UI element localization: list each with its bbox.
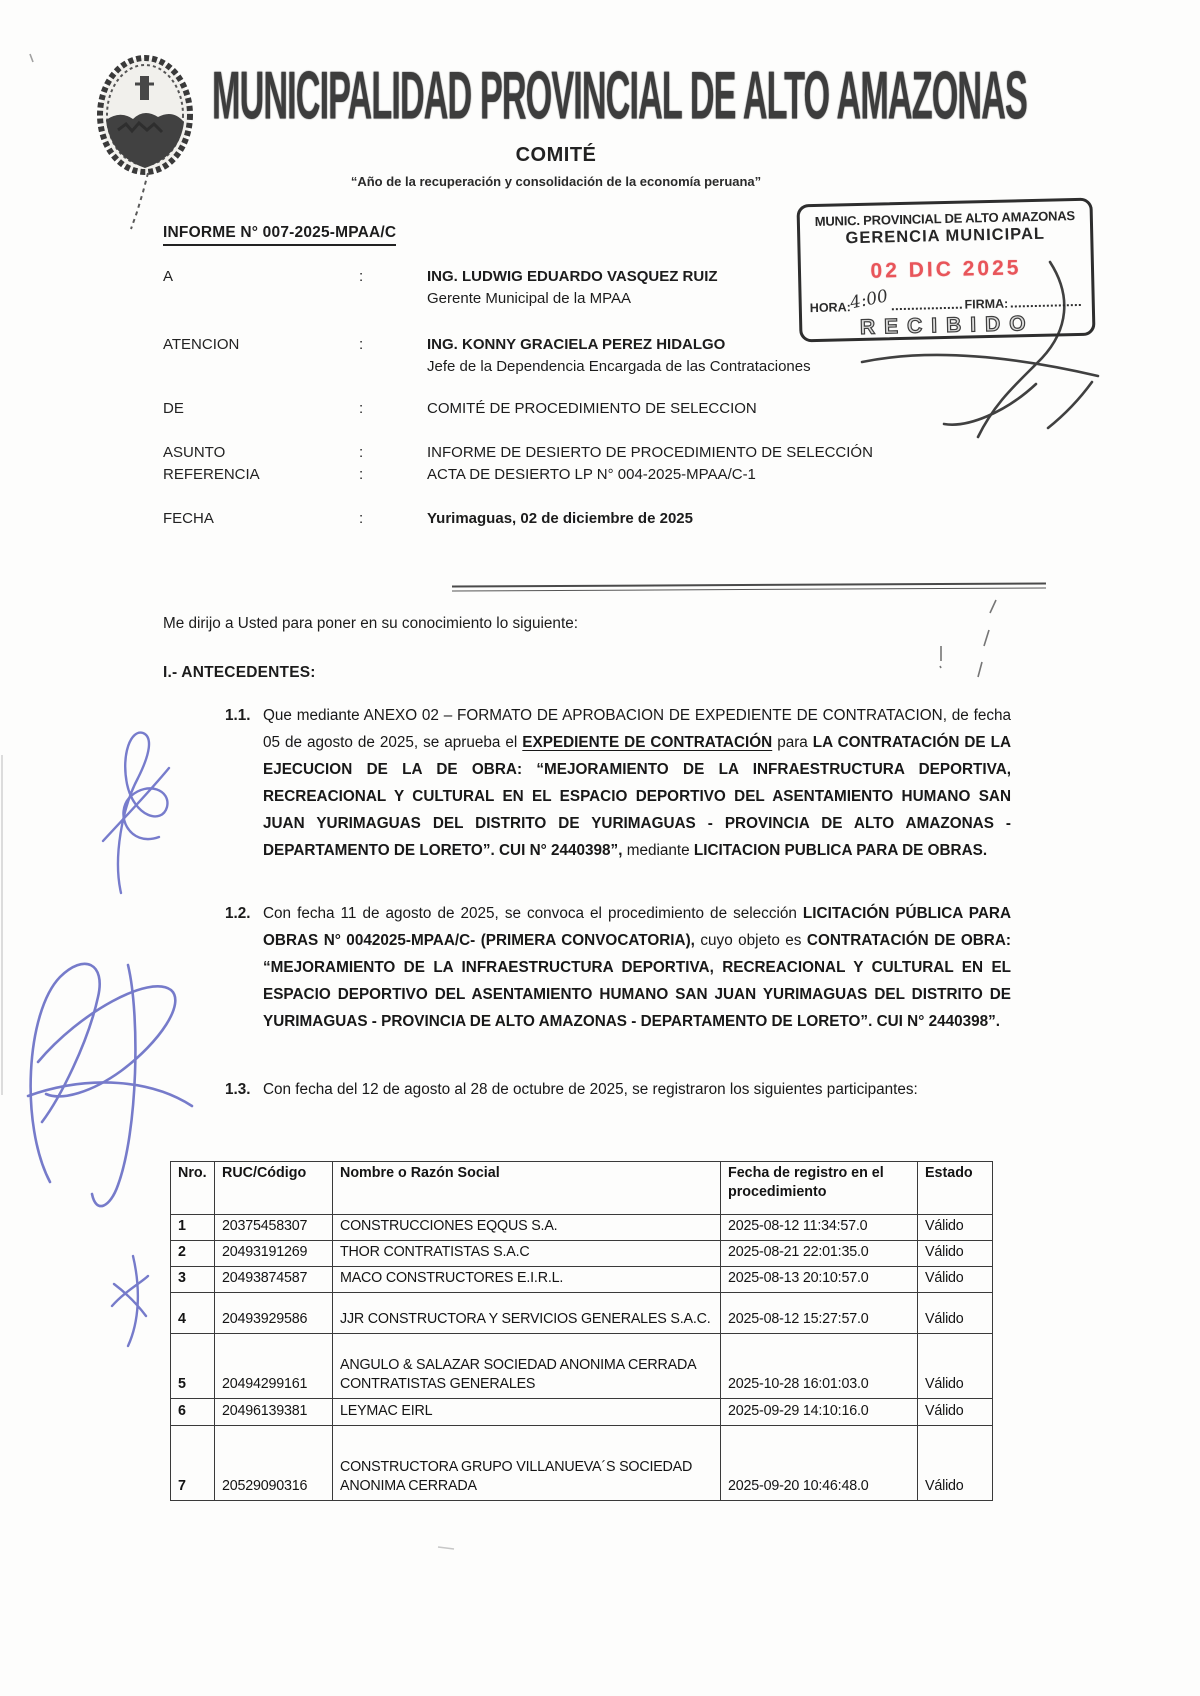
table-row: 420493929586JJR CONSTRUCTORA Y SERVICIOS… [171, 1293, 993, 1334]
table-cell: 2025-09-29 14:10:16.0 [721, 1399, 918, 1426]
separator-line [452, 582, 1046, 591]
text-segment: mediante [622, 842, 693, 859]
text-segment: para [772, 734, 813, 751]
numbered-item: 1.1.Que mediante ANEXO 02 – FORMATO DE A… [225, 702, 1011, 864]
field-value-line: ACTA DE DESIERTO LP N° 004-2025-MPAA/C-1 [427, 464, 1063, 486]
field-row: REFERENCIA:ACTA DE DESIERTO LP N° 004-20… [163, 464, 1063, 486]
field-colon: : [359, 398, 427, 420]
field-value-line: Jefe de la Dependencia Encargada de las … [427, 356, 1063, 378]
column-header: RUC/Código [215, 1162, 333, 1215]
table-cell: LEYMAC EIRL [333, 1399, 721, 1426]
field-value: COMITÉ DE PROCEDIMIENTO DE SELECCION [427, 398, 1063, 420]
table-cell: THOR CONTRATISTAS S.A.C [333, 1241, 721, 1267]
participants-table-wrap: Nro.RUC/CódigoNombre o Razón SocialFecha… [170, 1161, 993, 1501]
field-row: A:ING. LUDWIG EDUARDO VASQUEZ RUIZGerent… [163, 266, 1063, 310]
field-value: INFORME DE DESIERTO DE PROCEDIMIENTO DE … [427, 442, 1063, 464]
participants-table: Nro.RUC/CódigoNombre o Razón SocialFecha… [170, 1161, 993, 1501]
text-segment: cuyo objeto es [695, 932, 807, 949]
table-cell: Válido [918, 1267, 993, 1293]
table-cell: 20493191269 [215, 1241, 333, 1267]
table-header-row: Nro.RUC/CódigoNombre o Razón SocialFecha… [171, 1162, 993, 1215]
item-number: 1.3. [225, 1076, 263, 1103]
item-number: 1.2. [225, 900, 263, 1035]
field-value-line: ING. LUDWIG EDUARDO VASQUEZ RUIZ [427, 266, 1063, 288]
table-cell: 4 [171, 1293, 215, 1334]
item-text: Que mediante ANEXO 02 – FORMATO DE APROB… [263, 702, 1011, 864]
field-label: A [163, 266, 359, 310]
field-value-line: INFORME DE DESIERTO DE PROCEDIMIENTO DE … [427, 442, 1063, 464]
item-number: 1.1. [225, 702, 263, 864]
column-header: Fecha de registro en el procedimiento [721, 1162, 918, 1215]
field-colon: : [359, 266, 427, 310]
margin-signature-2 [28, 964, 192, 1206]
informe-number: INFORME N° 007-2025-MPAA/C [163, 224, 396, 246]
table-cell: ANGULO & SALAZAR SOCIEDAD ANONIMA CERRAD… [333, 1334, 721, 1399]
table-cell: 20375458307 [215, 1215, 333, 1241]
field-row: ASUNTO:INFORME DE DESIERTO DE PROCEDIMIE… [163, 442, 1063, 464]
item-text: Con fecha 11 de agosto de 2025, se convo… [263, 900, 1011, 1035]
field-row: ATENCION:ING. KONNY GRACIELA PEREZ HIDAL… [163, 334, 1063, 378]
table-cell: 2025-08-13 20:10:57.0 [721, 1267, 918, 1293]
table-cell: 2 [171, 1241, 215, 1267]
field-value: Yurimaguas, 02 de diciembre de 2025 [427, 508, 1063, 530]
field-label: FECHA [163, 508, 359, 530]
table-cell: Válido [918, 1241, 993, 1267]
field-colon: : [359, 464, 427, 486]
table-row: 320493874587MACO CONSTRUCTORES E.I.R.L.2… [171, 1267, 993, 1293]
table-cell: 20496139381 [215, 1399, 333, 1426]
table-cell: 2025-08-12 15:27:57.0 [721, 1293, 918, 1334]
table-cell: CONSTRUCCIONES EQQUS S.A. [333, 1215, 721, 1241]
scan-page-edge-artifact [1, 755, 3, 1095]
section-title: I.- ANTECEDENTES: [163, 664, 316, 682]
text-segment: EXPEDIENTE DE CONTRATACIÓN [522, 734, 772, 751]
table-row: 120375458307CONSTRUCCIONES EQQUS S.A.202… [171, 1215, 993, 1241]
field-value: ACTA DE DESIERTO LP N° 004-2025-MPAA/C-1 [427, 464, 1063, 486]
field-row: DE:COMITÉ DE PROCEDIMIENTO DE SELECCION [163, 398, 1063, 420]
table-cell: JJR CONSTRUCTORA Y SERVICIOS GENERALES S… [333, 1293, 721, 1334]
org-title: MUNICIPALIDAD PROVINCIAL DE ALTO AMAZONA… [212, 60, 1027, 137]
margin-mark-3 [112, 1256, 148, 1346]
field-label: ASUNTO [163, 442, 359, 464]
numbered-item: 1.3.Con fecha del 12 de agosto al 28 de … [225, 1076, 1011, 1103]
column-header: Estado [918, 1162, 993, 1215]
table-cell: 20493929586 [215, 1293, 333, 1334]
table-cell: 20529090316 [215, 1426, 333, 1501]
field-row: FECHA:Yurimaguas, 02 de diciembre de 202… [163, 508, 1063, 530]
table-cell: Válido [918, 1293, 993, 1334]
table-body: 120375458307CONSTRUCCIONES EQQUS S.A.202… [171, 1215, 993, 1501]
table-cell: Válido [918, 1426, 993, 1501]
letterhead-motto: “Año de la recuperación y consolidación … [0, 174, 1112, 189]
table-cell: 7 [171, 1426, 215, 1501]
margin-signature-1 [103, 733, 169, 893]
text-segment: LA CONTRATACIÓN DE LA EJECUCION DE LA DE… [263, 734, 1011, 859]
table-cell: 20494299161 [215, 1334, 333, 1399]
intro-text: Me dirijo a Usted para poner en su conoc… [163, 615, 578, 633]
table-cell: 6 [171, 1399, 215, 1426]
numbered-item: 1.2.Con fecha 11 de agosto de 2025, se c… [225, 900, 1011, 1035]
table-cell: 2025-10-28 16:01:03.0 [721, 1334, 918, 1399]
table-row: 620496139381LEYMAC EIRL2025-09-29 14:10:… [171, 1399, 993, 1426]
field-label: REFERENCIA [163, 464, 359, 486]
table-cell: 2025-08-21 22:01:35.0 [721, 1241, 918, 1267]
field-colon: : [359, 334, 427, 378]
field-colon: : [359, 442, 427, 464]
column-header: Nombre o Razón Social [333, 1162, 721, 1215]
text-segment: Con fecha del 12 de agosto al 28 de octu… [263, 1081, 918, 1098]
table-cell: 5 [171, 1334, 215, 1399]
field-value-line: ING. KONNY GRACIELA PEREZ HIDALGO [427, 334, 1063, 356]
field-colon: : [359, 508, 427, 530]
committee-title: COMITÉ [0, 144, 1112, 167]
table-row: 520494299161ANGULO & SALAZAR SOCIEDAD AN… [171, 1334, 993, 1399]
text-segment: Con fecha 11 de agosto de 2025, se convo… [263, 905, 803, 922]
table-cell: 1 [171, 1215, 215, 1241]
table-cell: Válido [918, 1334, 993, 1399]
antecedentes-items: 1.1.Que mediante ANEXO 02 – FORMATO DE A… [225, 702, 1011, 1103]
table-cell: 3 [171, 1267, 215, 1293]
table-cell: CONSTRUCTORA GRUPO VILLANUEVA´S SOCIEDAD… [333, 1426, 721, 1501]
table-row: 720529090316CONSTRUCTORA GRUPO VILLANUEV… [171, 1426, 993, 1501]
field-value-line: Gerente Municipal de la MPAA [427, 288, 1063, 310]
field-value-line: COMITÉ DE PROCEDIMIENTO DE SELECCION [427, 398, 1063, 420]
column-header: Nro. [171, 1162, 215, 1215]
table-cell: Válido [918, 1399, 993, 1426]
table-cell: 2025-08-12 11:34:57.0 [721, 1215, 918, 1241]
table-row: 220493191269THOR CONTRATISTAS S.A.C2025-… [171, 1241, 993, 1267]
text-segment: LICITACION PUBLICA PARA DE OBRAS. [694, 842, 987, 859]
field-value: ING. LUDWIG EDUARDO VASQUEZ RUIZGerente … [427, 266, 1063, 310]
table-cell: MACO CONSTRUCTORES E.I.R.L. [333, 1267, 721, 1293]
field-label: ATENCION [163, 334, 359, 378]
scanned-document-page: MUNICIPALIDAD PROVINCIAL DE ALTO AMAZONA… [0, 0, 1200, 1696]
field-label: DE [163, 398, 359, 420]
field-value-line: Yurimaguas, 02 de diciembre de 2025 [427, 508, 1063, 530]
table-cell: 2025-09-20 10:46:48.0 [721, 1426, 918, 1501]
field-value: ING. KONNY GRACIELA PEREZ HIDALGOJefe de… [427, 334, 1063, 378]
table-cell: 20493874587 [215, 1267, 333, 1293]
item-text: Con fecha del 12 de agosto al 28 de octu… [263, 1076, 1011, 1103]
fields: A:ING. LUDWIG EDUARDO VASQUEZ RUIZGerent… [163, 266, 1063, 530]
table-cell: Válido [918, 1215, 993, 1241]
